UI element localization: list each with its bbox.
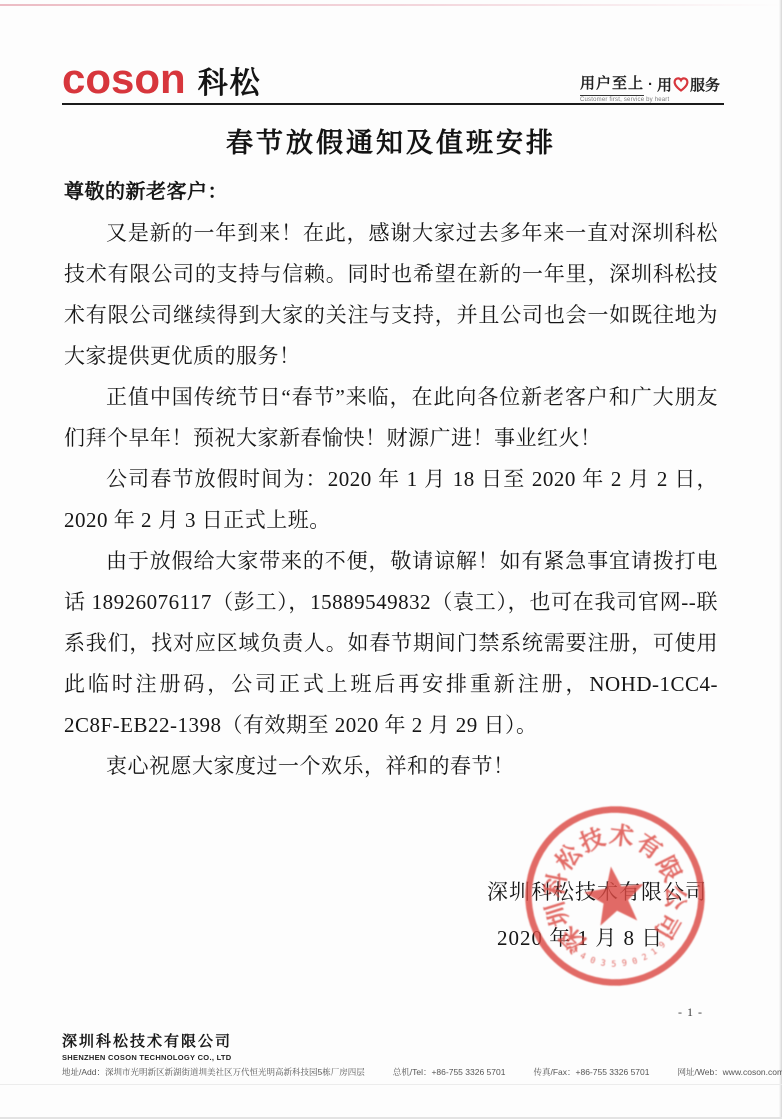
tel-value: +86-755 3326 5701 bbox=[431, 1067, 505, 1077]
svg-text:0: 0 bbox=[589, 954, 597, 965]
footer-company-cn: 深圳科松技术有限公司 bbox=[62, 1030, 752, 1051]
signature-date: 2020 年 1 月 8 日 bbox=[497, 922, 663, 952]
web-label: 网址/Web： bbox=[677, 1067, 722, 1077]
footer-divider-line bbox=[0, 1084, 782, 1085]
brand-slogan: 用户至上 · 用 服务 Customer first, service by h… bbox=[580, 72, 720, 103]
svg-text:0: 0 bbox=[631, 955, 639, 966]
body-paragraph: 衷心祝愿大家度过一个欢乐，祥和的春节！ bbox=[64, 746, 718, 787]
fax-label: 传真/Fax： bbox=[533, 1067, 575, 1077]
svg-text:技: 技 bbox=[576, 823, 609, 857]
body-paragraph: 由于放假给大家带来的不便，敬请谅解！如有紧急事宜请拨打电话 1892607611… bbox=[64, 541, 718, 746]
logo-wordmark: coson bbox=[62, 58, 186, 100]
company-logo: coson 科松 bbox=[62, 58, 262, 102]
slogan-customer-first: 用户至上 bbox=[580, 72, 644, 96]
footer-fax: 传真/Fax：+86-755 3326 5701 bbox=[533, 1066, 649, 1078]
svg-text:5: 5 bbox=[611, 959, 616, 969]
scan-edge-top bbox=[0, 4, 782, 6]
signature-company-name: 深圳科松技术有限公司 bbox=[487, 876, 707, 906]
footer-web: 网址/Web：www.coson.com bbox=[677, 1066, 782, 1078]
slogan-fuwu: 服务 bbox=[690, 74, 720, 95]
body-paragraph: 又是新的一年到来！在此，感谢大家过去多年来一直对深圳科松技术有限公司的支持与信赖… bbox=[64, 213, 718, 377]
svg-text:7: 7 bbox=[664, 932, 675, 942]
slogan-text: 用户至上 · 用 服务 bbox=[580, 72, 720, 96]
heart-icon bbox=[673, 77, 689, 92]
footer-company-en: SHENZHEN COSON TECHNOLOGY CO., LTD bbox=[62, 1053, 752, 1062]
body-paragraph: 正值中国传统节日“春节”来临，在此向各位新老客户和广大朋友们拜个早年！预祝大家新… bbox=[64, 377, 718, 459]
svg-text:有: 有 bbox=[631, 828, 667, 865]
footer: 深圳科松技术有限公司 SHENZHEN COSON TECHNOLOGY CO.… bbox=[62, 1030, 752, 1078]
svg-text:术: 术 bbox=[607, 822, 636, 852]
logo-chinese-name: 科松 bbox=[198, 58, 262, 102]
header-rule bbox=[62, 103, 724, 105]
svg-text:2: 2 bbox=[640, 951, 649, 962]
address-label: 地址/Add： bbox=[62, 1067, 105, 1077]
document-title: 春节放假通知及值班安排 bbox=[0, 121, 782, 160]
web-value: www.coson.com bbox=[723, 1067, 782, 1077]
body-paragraph: 公司春节放假时间为：2020 年 1 月 18 日至 2020 年 2 月 2 … bbox=[64, 459, 718, 541]
salutation: 尊敬的新老客户： bbox=[64, 172, 718, 213]
fax-value: +86-755 3326 5701 bbox=[576, 1067, 650, 1077]
page-number: - 1 - bbox=[678, 1005, 703, 1020]
footer-contact-line: 地址/Add：深圳市光明新区新湖街道圳美社区万代恒光明高新科技园5栋厂房四层 总… bbox=[62, 1066, 752, 1078]
svg-text:松: 松 bbox=[551, 840, 588, 876]
footer-tel: 总机/Tel：+86-755 3326 5701 bbox=[393, 1066, 506, 1078]
svg-text:9: 9 bbox=[621, 958, 627, 969]
slogan-separator: · bbox=[648, 76, 653, 93]
scanned-notice-page: { "page": { "background": "#fdfdfd", "pa… bbox=[0, 0, 782, 1119]
slogan-yong: 用 bbox=[657, 74, 672, 95]
svg-text:3: 3 bbox=[600, 957, 607, 968]
tel-label: 总机/Tel： bbox=[393, 1067, 432, 1077]
letter-body: 尊敬的新老客户： 又是新的一年到来！在此，感谢大家过去多年来一直对深圳科松技术有… bbox=[64, 172, 718, 787]
address-value: 深圳市光明新区新湖街道圳美社区万代恒光明高新科技园5栋厂房四层 bbox=[105, 1067, 365, 1077]
footer-address: 地址/Add：深圳市光明新区新湖街道圳美社区万代恒光明高新科技园5栋厂房四层 bbox=[62, 1066, 365, 1078]
